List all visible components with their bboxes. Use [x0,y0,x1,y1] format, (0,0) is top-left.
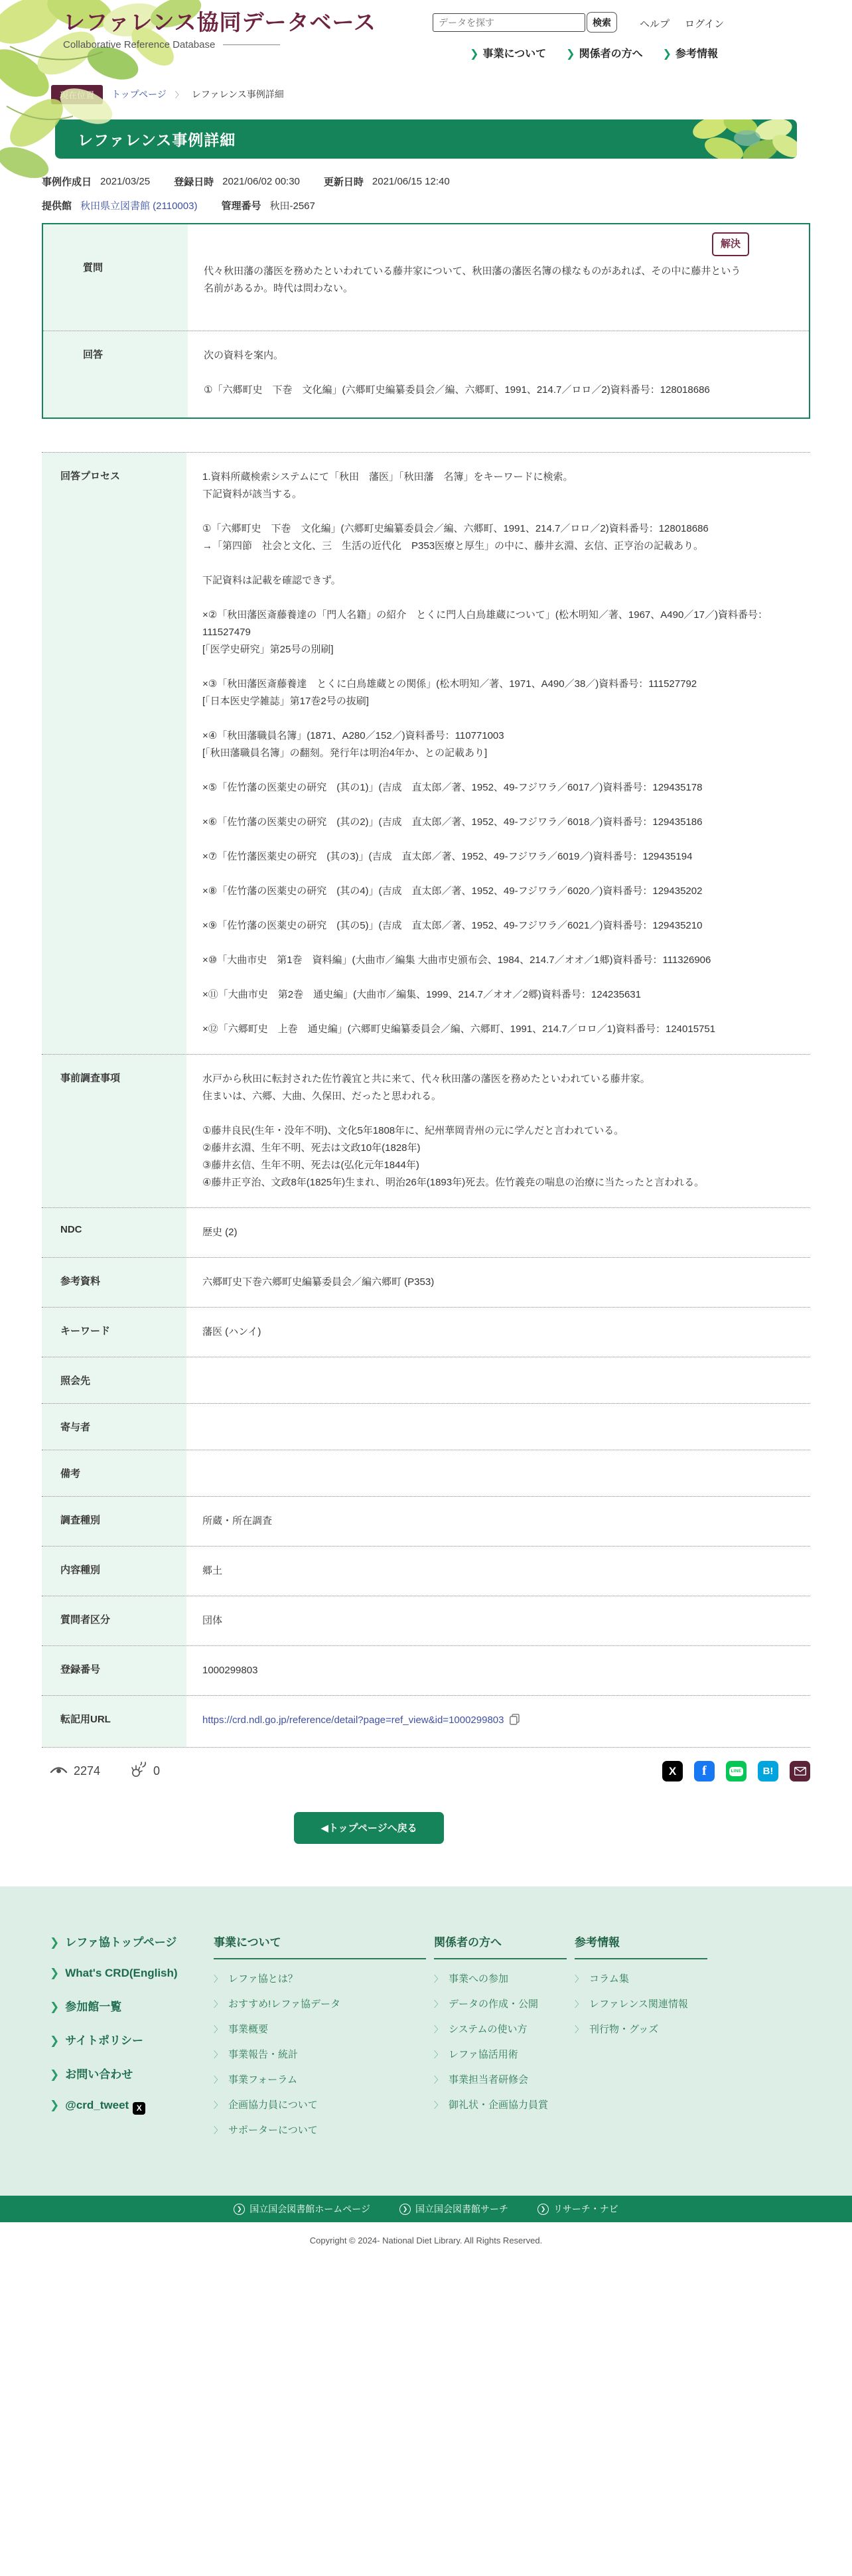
control-number-label: 管理番号 [221,198,261,212]
footer-link-crd-tweet[interactable]: @crd_tweetX [50,2099,206,2115]
footer-link-supporters[interactable]: サポーターについて [214,2123,426,2137]
table-row-ndc: NDC 歴史 (2) [42,1208,810,1258]
help-link[interactable]: ヘルプ [640,17,670,31]
table-row-asker-category: 質問者区分 団体 [42,1596,810,1646]
table-row-keyword: キーワード 藩医 (ハンイ) [42,1308,810,1357]
table-row-reference-materials: 参考資料 六郷町史下巻六郷町史編纂委員会／編六郷町 (P353) [42,1258,810,1308]
row-label: キーワード [42,1308,186,1357]
answer-text: 次の資料を案内。 ①「六郷町史 下巻 文化編」(六郷町史編纂委員会／編、六郷町、… [188,331,809,417]
footer-link-whats-crd[interactable]: What's CRD(English) [50,1967,206,1980]
footer-heading-stakeholders: 関係者の方へ [434,1933,567,1959]
claps-count: 0 [153,1764,160,1778]
registered-date-value: 2021/06/02 00:30 [222,176,300,187]
question-answer-box: 質問 解決 代々秋田藩の藩医を務めたといわれている藤井家について、秋田藩の藩医名… [42,223,810,419]
footer-link-training[interactable]: 事業担当者研修会 [434,2072,567,2086]
table-row-survey-type: 調査種別 所蔵・所在調査 [42,1497,810,1547]
breadcrumb-home-link[interactable]: トップページ [111,88,167,101]
footer-column-site: レファ協トップページ What's CRD(English) 参加館一覧 サイト… [50,1933,206,2148]
footer-link-planning-cooperators[interactable]: 企画協力員について [214,2097,426,2111]
providing-library-link[interactable]: 秋田県立図書館 (2110003) [80,198,197,212]
footer-link-publications-goods[interactable]: 刊行物・グッズ [575,2022,707,2036]
meta-row-dates: 事例作成日 2021/03/25 登録日時 2021/06/02 00:30 更… [42,175,810,189]
current-location-badge: 現在位置 [51,85,103,104]
page-title: レファレンス事例詳細 [78,128,236,150]
footer-link-business-forum[interactable]: 事業フォーラム [214,2072,426,2086]
search-input[interactable] [433,13,585,32]
row-value: 六郷町史下巻六郷町史編纂委員会／編六郷町 (P353) [186,1258,810,1307]
row-label: 調査種別 [42,1497,186,1546]
site-logo-title: レファレンス協同データベース [63,11,376,35]
nav-reference-info[interactable]: 参考情報 [663,45,718,60]
ndl-search-link[interactable]: ❯国立国会図書館サーチ [399,2202,508,2216]
updated-date-value: 2021/06/15 12:40 [372,176,450,187]
footer-link-participation[interactable]: 事業への参加 [434,1971,567,1985]
footer-link-thanks-awards[interactable]: 御礼状・企画協力員賞 [434,2097,567,2111]
header-nav: 事業について 関係者の方へ 参考情報 [470,45,718,60]
site-logo-subtitle: Collaborative Reference Database [63,39,215,50]
share-x-icon[interactable]: X [662,1761,683,1781]
row-value: 1000299803 [186,1646,810,1695]
ndl-homepage-link[interactable]: ❯国立国会図書館ホームページ [234,2202,370,2216]
case-meta: 事例作成日 2021/03/25 登録日時 2021/06/02 00:30 更… [42,175,810,212]
logo-underline [223,44,280,45]
registered-date-label: 登録日時 [174,175,214,189]
clap-hand-icon [129,1762,147,1781]
footer-link-reports-statistics[interactable]: 事業報告・統計 [214,2047,426,2061]
share-line-icon[interactable]: LINE [726,1761,746,1781]
footer-link-utilization[interactable]: レファ協活用術 [434,2047,567,2061]
row-label: 回答プロセス [42,453,186,1054]
row-value [186,1404,810,1450]
row-label: 照会先 [42,1357,186,1403]
question-text: 代々秋田藩の藩医を務めたといわれている藤井家について、秋田藩の藩医名簿の様なもの… [204,263,749,297]
table-row-permalink-url: 転記用URL https://crd.ndl.go.jp/reference/d… [42,1696,810,1748]
case-detail-table: 回答プロセス 1.資料所蔵検索システムにて「秋田 藩医」「秋田藩 名簿」をキーワ… [42,452,810,1748]
row-value: 1.資料所蔵検索システムにて「秋田 藩医」「秋田藩 名簿」をキーワードに検索。 … [186,453,810,1054]
views-eye-icon [50,1764,68,1779]
row-value [186,1357,810,1403]
row-label: 備考 [42,1450,186,1496]
footer-link-recommended-data[interactable]: おすすめ!レファ協データ [214,1997,426,2010]
footer-link-about-refakyo[interactable]: レファ協とは？ [214,1971,426,1985]
breadcrumb-current: レファレンス事例詳細 [192,88,284,101]
table-row-inquiry-destination: 照会先 [42,1357,810,1404]
table-row-pre-research: 事前調査事項 水戸から秋田に転封された佐竹義宜と共に来て、代々秋田藩の藩医を務め… [42,1055,810,1208]
share-buttons: X f LINE B! [662,1761,810,1781]
question-row: 質問 解決 代々秋田藩の藩医を務めたといわれている藤井家について、秋田藩の藩医名… [43,224,809,331]
row-value: 藩医 (ハンイ) [186,1308,810,1357]
table-row-note: 備考 [42,1450,810,1497]
site-logo[interactable]: レファレンス協同データベース Collaborative Reference D… [63,11,376,50]
answer-row: 回答 次の資料を案内。 ①「六郷町史 下巻 文化編」(六郷町史編纂委員会／編、六… [43,331,809,417]
footer-heading-business: 事業について [214,1933,426,1959]
row-label: 事前調査事項 [42,1055,186,1207]
search-button[interactable]: 検索 [587,12,617,33]
answer-label: 回答 [43,331,188,417]
footer-link-system-usage[interactable]: システムの使い方 [434,2022,567,2036]
created-date-label: 事例作成日 [42,175,92,189]
footer-link-contact[interactable]: お問い合わせ [50,2065,206,2082]
row-label: 登録番号 [42,1646,186,1695]
back-to-top-button[interactable]: ◀トップページへ戻る [294,1812,444,1844]
footer-link-reference-related[interactable]: レファレンス関連情報 [575,1997,707,2010]
row-value: 団体 [186,1596,810,1645]
breadcrumb: 現在位置 トップページ 〉 レファレンス事例詳細 [0,80,852,109]
permalink-url-link[interactable]: https://crd.ndl.go.jp/reference/detail?p… [202,1714,504,1726]
row-value: 郷土 [186,1547,810,1596]
question-label: 質問 [43,224,188,331]
login-link[interactable]: ログイン [685,17,724,31]
row-label: 質問者区分 [42,1596,186,1645]
bottom-spacer [0,2252,852,2576]
views-count: 2274 [74,1764,100,1778]
footer-heading-reference: 参考情報 [575,1933,707,1959]
row-label: 内容種別 [42,1547,186,1596]
share-facebook-icon[interactable]: f [694,1761,715,1781]
share-hatena-icon[interactable]: B! [758,1761,778,1781]
share-mail-icon[interactable] [790,1761,810,1781]
table-row-registration-number: 登録番号 1000299803 [42,1646,810,1696]
row-label: NDC [42,1208,186,1257]
footer-link-site-policy[interactable]: サイトポリシー [50,2031,206,2048]
banner-leaves-decoration [691,119,797,159]
circle-arrow-icon: ❯ [234,2204,245,2215]
bottom-link-bar: ❯国立国会図書館ホームページ ❯国立国会図書館サーチ ❯リサーチ・ナビ [0,2196,852,2222]
row-label: 転記用URL [42,1696,186,1747]
table-row-content-type: 内容種別 郷土 [42,1547,810,1596]
copyright-text: Copyright © 2024- National Diet Library.… [0,2222,852,2252]
control-number-value: 秋田-2567 [269,198,315,212]
footer-column-business: 事業について レファ協とは？ おすすめ!レファ協データ 事業概要 事業報告・統計… [214,1933,426,2148]
nav-for-stakeholders[interactable]: 関係者の方へ [566,45,642,60]
stats-bar: 2274 0 X f LINE B! [42,1761,810,1781]
x-logo-icon: X [133,2102,145,2115]
row-value: 歴史 (2) [186,1208,810,1257]
site-footer: レファ協トップページ What's CRD(English) 参加館一覧 サイト… [0,1886,852,2196]
copy-url-icon[interactable] [510,1714,520,1731]
table-row-answer-process: 回答プロセス 1.資料所蔵検索システムにて「秋田 藩医」「秋田藩 名簿」をキーワ… [42,453,810,1055]
solved-status-badge: 解決 [712,232,749,256]
meta-row-library: 提供館 秋田県立図書館 (2110003) 管理番号 秋田-2567 [42,198,810,212]
breadcrumb-separator: 〉 [175,89,183,100]
row-value: 所蔵・所在調査 [186,1497,810,1546]
row-value [186,1450,810,1496]
row-value: 水戸から秋田に転封された佐竹義宜と共に来て、代々秋田藩の藩医を務めたといわれてい… [186,1055,810,1207]
footer-link-columns[interactable]: コラム集 [575,1971,707,1985]
updated-date-label: 更新日時 [324,175,364,189]
circle-arrow-icon: ❯ [399,2204,411,2215]
footer-link-participating-libraries[interactable]: 参加館一覧 [50,1997,206,2014]
footer-link-top-page[interactable]: レファ協トップページ [50,1933,206,1949]
nav-about-business[interactable]: 事業について [470,45,546,60]
page-title-banner: レファレンス事例詳細 [55,119,797,159]
footer-link-data-creation[interactable]: データの作成・公開 [434,1997,567,2010]
table-row-contributor: 寄与者 [42,1404,810,1450]
created-date-value: 2021/03/25 [100,176,150,187]
footer-column-reference: 参考情報 コラム集 レファレンス関連情報 刊行物・グッズ [575,1933,707,2148]
row-label: 参考資料 [42,1258,186,1307]
row-label: 寄与者 [42,1404,186,1450]
research-navi-link[interactable]: ❯リサーチ・ナビ [537,2202,618,2216]
footer-column-stakeholders: 関係者の方へ 事業への参加 データの作成・公開 システムの使い方 レファ協活用術… [434,1933,567,2148]
providing-library-label: 提供館 [42,198,72,212]
circle-arrow-icon: ❯ [537,2204,549,2215]
footer-link-business-overview[interactable]: 事業概要 [214,2022,426,2036]
site-header: レファレンス協同データベース Collaborative Reference D… [0,0,852,80]
